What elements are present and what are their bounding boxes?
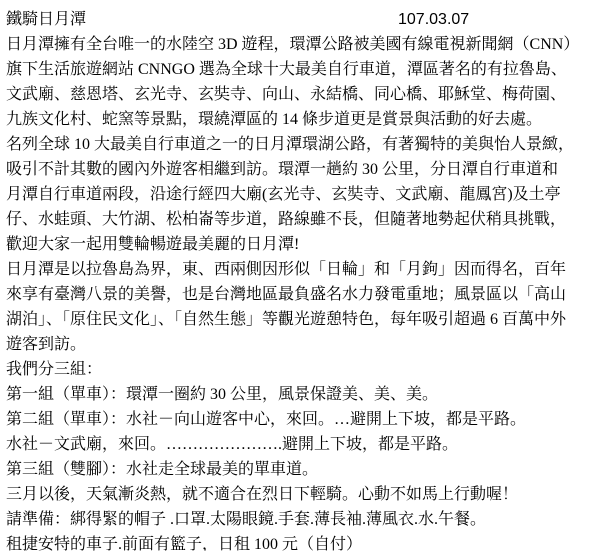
text-line: 來享有臺灣八景的美譽，也是台灣地區最負盛名水力發電重地；風景區以「高山 xyxy=(6,282,585,307)
text-line: 水社－文武廟，來回。………………….避開上下坡，都是平路。 xyxy=(6,432,585,457)
text-line: 三月以後，天氣漸炎熱，就不適合在烈日下輕騎。心動不如馬上行動喔！ xyxy=(6,482,585,507)
text-line: 第一組（單車）：環潭一圈約 30 公里，風景保證美、美、美。 xyxy=(6,382,585,407)
document-date: 107.03.07 xyxy=(398,7,469,32)
text-line: 請準備：綁得緊的帽子 .口罩.太陽眼鏡.手套.薄長袖.薄風衣.水.午餐。 xyxy=(6,507,585,532)
text-line: 日月潭擁有全台唯一的水陸空 3D 遊程，環潭公路被美國有線電視新聞網（CNN） xyxy=(6,32,585,57)
document-header: 鐵騎日月潭 107.03.07 xyxy=(6,7,585,32)
text-line: 第三組（雙腳）：水社走全球最美的單車道。 xyxy=(6,457,585,482)
text-line: 仔、水蛙頭、大竹湖、松柏崙等步道，路線雖不長，但隨著地勢起伏稍具挑戰， xyxy=(6,207,585,232)
text-line: 第二組（單車）：水社－向山遊客中心，來回。…避開上下坡，都是平路。 xyxy=(6,407,585,432)
text-line: 月潭自行車道兩段，沿途行經四大廟(玄光寺、玄奘寺、文武廟、龍鳳宮)及土亭 xyxy=(6,182,585,207)
text-line: 九族文化村、蛇窯等景點，環繞潭區的 14 條步道更是賞景與活動的好去處。 xyxy=(6,107,585,132)
document-body: 日月潭擁有全台唯一的水陸空 3D 遊程，環潭公路被美國有線電視新聞網（CNN）旗… xyxy=(6,32,585,551)
text-line: 湖泊」、「原住民文化」、「自然生態」等觀光遊憩特色，每年吸引超過 6 百萬中外 xyxy=(6,307,585,332)
text-line: 日月潭是以拉魯島為界，東、西兩側因形似「日輪」和「月鉤」因而得名，百年 xyxy=(6,257,585,282)
text-line: 旗下生活旅遊網站 CNNGO 選為全球十大最美自行車道，潭區著名的有拉魯島、 xyxy=(6,57,585,82)
text-line: 我們分三組： xyxy=(6,357,585,382)
text-line: 遊客到訪。 xyxy=(6,332,585,357)
text-line: 文武廟、慈恩塔、玄光寺、玄奘寺、向山、永結橋、同心橋、耶穌堂、梅荷園、 xyxy=(6,82,585,107)
text-line: 歡迎大家一起用雙輪暢遊最美麗的日月潭! xyxy=(6,232,585,257)
document-title: 鐵騎日月潭 xyxy=(6,7,86,32)
document-page: 鐵騎日月潭 107.03.07 日月潭擁有全台唯一的水陸空 3D 遊程，環潭公路… xyxy=(0,0,593,551)
text-line: 租捷安特的車子.前面有籃子，日租 100 元（自付） xyxy=(6,532,585,551)
text-line: 名列全球 10 大最美自行車道之一的日月潭環湖公路，有著獨特的美與怡人景緻， xyxy=(6,132,585,157)
text-line: 吸引不計其數的國內外遊客相繼到訪。環潭一趟約 30 公里，分日潭自行車道和 xyxy=(6,157,585,182)
